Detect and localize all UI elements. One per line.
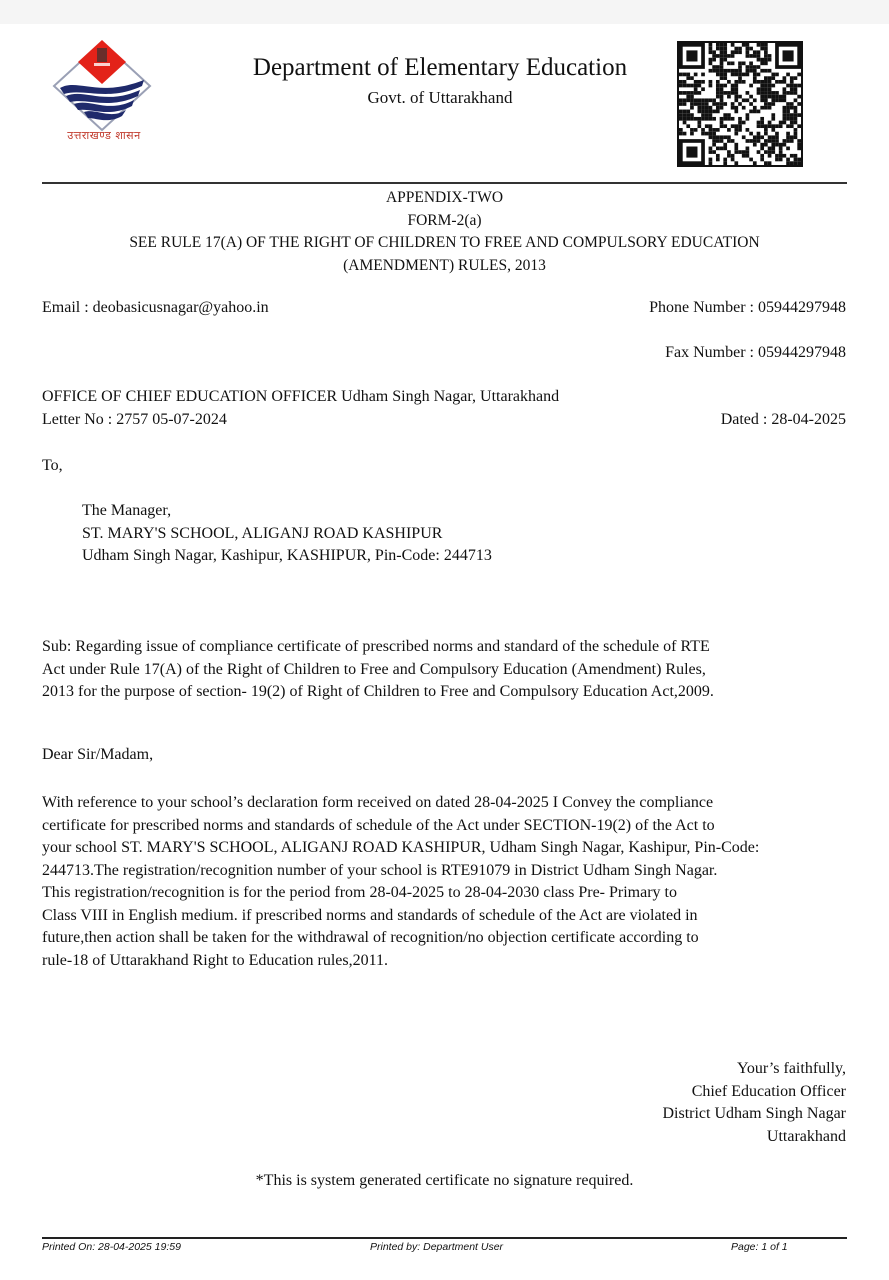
department-title: Department of Elementary Education xyxy=(180,54,700,82)
signature-block: Your’s faithfully, Chief Education Offic… xyxy=(546,1058,846,1149)
closing: Your’s faithfully, xyxy=(546,1058,846,1081)
email-text: Email : deobasicusnagar@yahoo.in xyxy=(42,299,269,317)
system-generated-note: *This is system generated certificate no… xyxy=(42,1172,847,1190)
printed-on: Printed On: 28-04-2025 19:59 xyxy=(42,1241,181,1253)
footer-divider xyxy=(42,1237,847,1239)
body-line: With reference to your school’s declarat… xyxy=(42,792,852,815)
header-divider xyxy=(42,182,847,184)
form-heading: APPENDIX-TWO FORM-2(a) SEE RULE 17(A) OF… xyxy=(42,187,847,277)
body-line: 244713.The registration/recognition numb… xyxy=(42,860,852,883)
body-line: rule-18 of Uttarakhand Right to Educatio… xyxy=(42,950,852,973)
qr-code-icon xyxy=(677,41,803,167)
state: Uttarakhand xyxy=(546,1126,846,1149)
district: District Udham Singh Nagar xyxy=(546,1103,846,1126)
subject-line: Act under Rule 17(A) of the Right of Chi… xyxy=(42,659,852,682)
viewer-top-bar xyxy=(0,0,889,24)
recipient-school: ST. MARY'S SCHOOL, ALIGANJ ROAD KASHIPUR xyxy=(82,523,782,546)
subject-line: Sub: Regarding issue of compliance certi… xyxy=(42,636,852,659)
body-line: future,then action shall be taken for th… xyxy=(42,927,852,950)
rule-reference-cont: (AMENDMENT) RULES, 2013 xyxy=(42,255,847,278)
to-label: To, xyxy=(42,457,63,475)
form-label: FORM-2(a) xyxy=(42,210,847,233)
recipient-location: Udham Singh Nagar, Kashipur, KASHIPUR, P… xyxy=(82,545,782,568)
body-line: Class VIII in English medium. if prescri… xyxy=(42,905,852,928)
subject-line: 2013 for the purpose of section- 19(2) o… xyxy=(42,681,852,704)
fax-text: Fax Number : 05944297948 xyxy=(665,344,846,362)
body-line: This registration/recognition is for the… xyxy=(42,882,852,905)
rule-reference: SEE RULE 17(A) OF THE RIGHT OF CHILDREN … xyxy=(42,232,847,255)
letter-number: Letter No : 2757 05-07-2024 xyxy=(42,411,227,429)
page-number: Page: 1 of 1 xyxy=(731,1241,788,1253)
designation: Chief Education Officer xyxy=(546,1081,846,1104)
recipient-address: The Manager, ST. MARY'S SCHOOL, ALIGANJ … xyxy=(82,500,782,568)
logo-caption: उत्तराखण्ड शासन xyxy=(44,128,164,143)
appendix-label: APPENDIX-TWO xyxy=(42,187,847,210)
department-subtitle: Govt. of Uttarakhand xyxy=(180,88,700,108)
phone-text: Phone Number : 05944297948 xyxy=(649,299,846,317)
letter-date: Dated : 28-04-2025 xyxy=(721,411,846,429)
subject-block: Sub: Regarding issue of compliance certi… xyxy=(42,636,852,704)
body-line: certificate for prescribed norms and sta… xyxy=(42,815,852,838)
salutation: Dear Sir/Madam, xyxy=(42,746,153,764)
recipient-title: The Manager, xyxy=(82,500,782,523)
printed-by: Printed by: Department User xyxy=(370,1241,503,1253)
body-paragraph: With reference to your school’s declarat… xyxy=(42,792,852,972)
office-name: OFFICE OF CHIEF EDUCATION OFFICER Udham … xyxy=(42,388,559,406)
body-line: your school ST. MARY'S SCHOOL, ALIGANJ R… xyxy=(42,837,852,860)
